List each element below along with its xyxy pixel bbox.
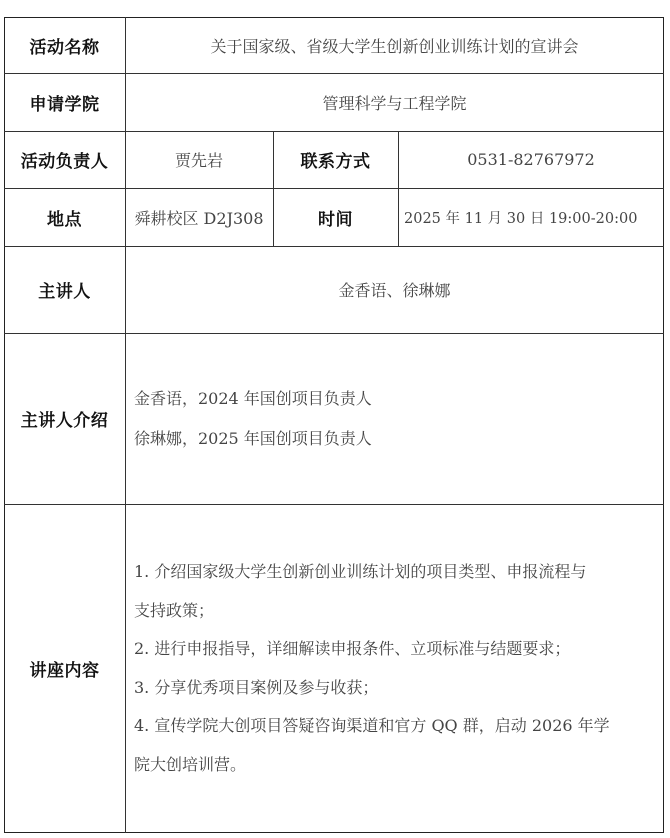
speaker-intro-line: 金香语，2024 年国创项目负责人 [134, 379, 372, 419]
lecture-content-line: 3. 分享优秀项目案例及参与收获； [134, 669, 654, 708]
speakers-value: 金香语、徐琳娜 [125, 246, 664, 333]
lecture-content-value: 1. 介绍国家级大学生创新创业训练计划的项目类型、申报流程与 支持政策； 2. … [125, 504, 664, 833]
lecture-content-label: 讲座内容 [4, 504, 125, 833]
location-label: 地点 [4, 188, 125, 246]
speaker-intro-label: 主讲人介绍 [4, 333, 125, 504]
college-value: 管理科学与工程学院 [125, 73, 664, 131]
leader-value: 贾先岩 [125, 131, 273, 188]
activity-name-label: 活动名称 [4, 17, 125, 73]
lecture-content-line: 院大创培训营。 [134, 746, 654, 785]
college-label: 申请学院 [4, 73, 125, 131]
leader-label: 活动负责人 [4, 131, 125, 188]
lecture-content-line: 1. 介绍国家级大学生创新创业训练计划的项目类型、申报流程与 [134, 553, 654, 592]
contact-label: 联系方式 [273, 131, 398, 188]
speakers-label: 主讲人 [4, 246, 125, 333]
activity-name-value: 关于国家级、省级大学生创新创业训练计划的宣讲会 [125, 17, 664, 73]
lecture-content-line: 4. 宣传学院大创项目答疑咨询渠道和官方 QQ 群，启动 2026 年学 [134, 707, 654, 746]
lecture-content-line: 支持政策； [134, 592, 654, 631]
speaker-intro-line: 徐琳娜，2025 年国创项目负责人 [134, 419, 372, 459]
lecture-content-line: 2. 进行申报指导，详细解读申报条件、立项标准与结题要求； [134, 630, 654, 669]
speaker-intro-value: 金香语，2024 年国创项目负责人 徐琳娜，2025 年国创项目负责人 [125, 333, 664, 504]
contact-value: 0531-82767972 [398, 131, 664, 188]
time-value: 2025 年 11 月 30 日 19:00-20:00 [398, 188, 664, 246]
time-label: 时间 [273, 188, 398, 246]
location-value: 舜耕校区 D2J308 [125, 188, 273, 246]
